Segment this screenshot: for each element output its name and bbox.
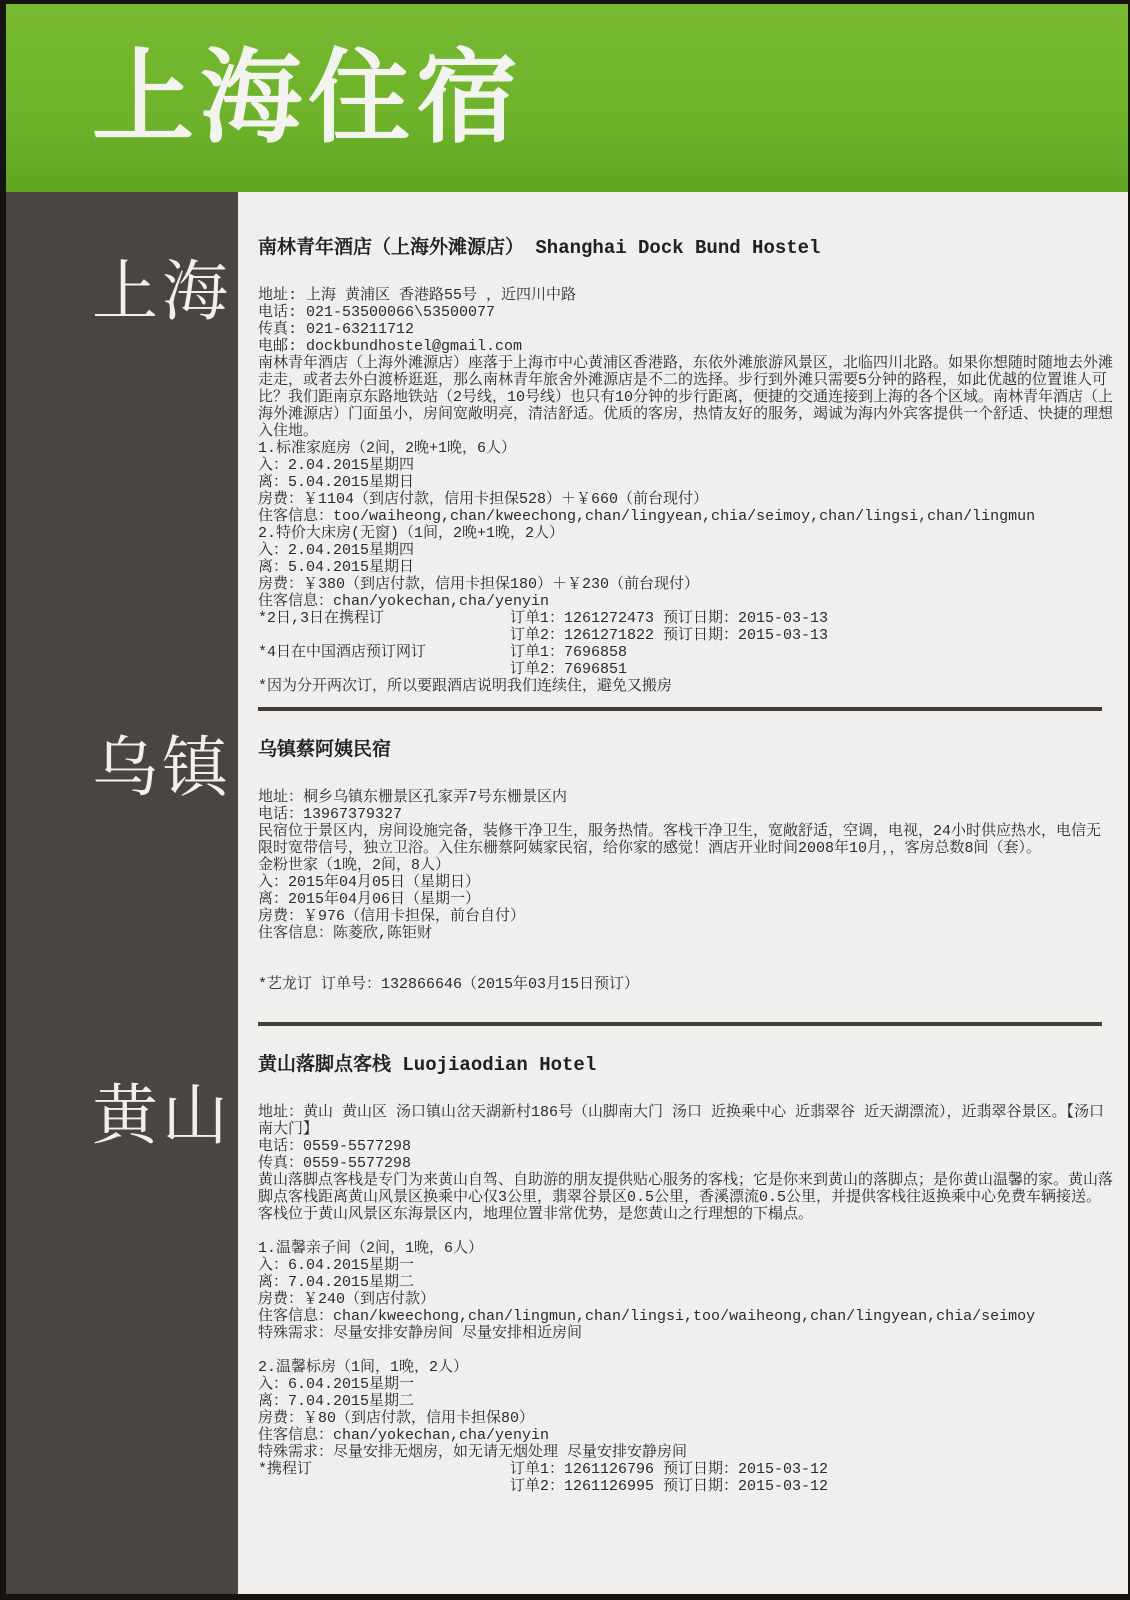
info-line: 入：6.04.2015星期一 [258, 1376, 1114, 1393]
info-line: 金粉世家（1晚，2间，8人） [258, 857, 1114, 874]
sidebar-item-huangshan: 黄山 [92, 1082, 232, 1148]
booking-orders: 订单1：1261126796 预订日期：2015-03-12订单2：126112… [510, 1461, 1114, 1495]
description-paragraph: 黄山落脚点客栈是专门为来黄山自驾、自助游的朋友提供贴心服务的客栈；它是你来到黄山… [258, 1172, 1114, 1223]
info-line: 住客信息：chan/yokechan,cha/yenyin [258, 1427, 1114, 1444]
page-title: 上海住宿 [92, 18, 524, 178]
hotel-section: 乌镇蔡阿姨民宿地址：桐乡乌镇东栅景区孔家弄7号东栅景区内电话：139673793… [258, 738, 1114, 1010]
sidebar-item-wuzhen: 乌镇 [92, 734, 232, 800]
booking-row: *携程订订单1：1261126796 预订日期：2015-03-12订单2：12… [258, 1461, 1114, 1495]
spacer [258, 1223, 1114, 1240]
sections: 南林青年酒店（上海外滩源店） Shanghai Dock Bund Hostel… [258, 236, 1114, 1495]
info-line: 电邮: dockbundhostel@gmail.com [258, 338, 1114, 355]
booking-row: *2日,3日在携程订订单1：1261272473 预订日期：2015-03-13… [258, 610, 1114, 644]
booking-channel-label: *2日,3日在携程订 [258, 610, 510, 644]
info-line: 离：7.04.2015星期二 [258, 1393, 1114, 1410]
booking-channel-label: *4日在中国酒店预订网订 [258, 644, 510, 678]
info-line: 离：5.04.2015星期日 [258, 559, 1114, 576]
info-line: 住客信息：chan/yokechan,cha/yenyin [258, 593, 1114, 610]
info-line: 离：2015年04月06日（星期一） [258, 891, 1114, 908]
info-line: 房费：￥240（到店付款） [258, 1291, 1114, 1308]
section-title: 南林青年酒店（上海外滩源店） Shanghai Dock Bund Hostel [258, 236, 1114, 260]
booking-channel-label: *携程订 [258, 1461, 510, 1495]
info-line: 地址：桐乡乌镇东栅景区孔家弄7号东栅景区内 [258, 789, 1114, 806]
content-area: 南林青年酒店（上海外滩源店） Shanghai Dock Bund Hostel… [238, 192, 1128, 1594]
booking-row: *4日在中国酒店预订网订订单1：7696858订单2：7696851 [258, 644, 1114, 678]
travel-accommodation-page: 上海住宿 上海 乌镇 黄山 南林青年酒店（上海外滩源店） Shanghai Do… [0, 0, 1130, 1600]
section-title: 黄山落脚点客栈 Luojiaodian Hotel [258, 1053, 1114, 1077]
order-line: 订单2：1261126995 预订日期：2015-03-12 [510, 1478, 1114, 1495]
info-line: 电话：13967379327 [258, 806, 1114, 823]
order-line: 订单1：7696858 [510, 644, 1114, 661]
order-line: 订单2：7696851 [510, 661, 1114, 678]
info-line: 住客信息：chan/kweechong,chan/lingmun,chan/li… [258, 1308, 1114, 1325]
info-line: 特殊需求：尽量安排安静房间 尽量安排相近房间 [258, 1325, 1114, 1342]
description-paragraph: 地址：黄山 黄山区 汤口镇山岔天湖新村186号（山脚南大门 汤口 近换乘中心 近… [258, 1104, 1114, 1138]
info-line: 传真：0559-5577298 [258, 1155, 1114, 1172]
info-line: 电话：0559-5577298 [258, 1138, 1114, 1155]
info-line: 离：7.04.2015星期二 [258, 1274, 1114, 1291]
info-line: 离：5.04.2015星期日 [258, 474, 1114, 491]
sidebar-item-shanghai: 上海 [92, 258, 232, 324]
order-line: 订单1：1261126796 预订日期：2015-03-12 [510, 1461, 1114, 1478]
hotel-section: 南林青年酒店（上海外滩源店） Shanghai Dock Bund Hostel… [258, 236, 1114, 695]
info-line: 2.特价大床房(无窗)（1间，2晚+1晚，2人） [258, 525, 1114, 542]
description-paragraph: 南林青年酒店（上海外滩源店）座落于上海市中心黄浦区香港路，东依外滩旅游风景区，北… [258, 355, 1114, 440]
info-line: *艺龙订 订单号：132866646（2015年03月15日预订） [258, 976, 1114, 993]
info-line: 2.温馨标房（1间，1晚，2人） [258, 1359, 1114, 1376]
city-sidebar: 上海 乌镇 黄山 [6, 192, 238, 1594]
info-line: 特殊需求：尽量安排无烟房，如无请无烟处理 尽量安排安静房间 [258, 1444, 1114, 1461]
info-line: 地址: 上海 黄浦区 香港路55号 ，近四川中路 [258, 287, 1114, 304]
spacer [258, 1342, 1114, 1359]
description-paragraph: 民宿位于景区内，房间设施完备，装修干净卫生，服务热情。客栈干净卫生，宽敞舒适，空… [258, 823, 1114, 857]
booking-orders: 订单1：1261272473 预订日期：2015-03-13订单2：126127… [510, 610, 1114, 644]
info-line: 住客信息：陈菱欣,陈钜财 [258, 925, 1114, 942]
section-divider [258, 1022, 1102, 1026]
section-divider [258, 707, 1102, 711]
info-line: *因为分开两次订，所以要跟酒店说明我们连续住，避免又搬房 [258, 678, 1114, 695]
page-banner: 上海住宿 [6, 4, 1128, 192]
spacer [258, 942, 1114, 959]
info-line: 入：6.04.2015星期一 [258, 1257, 1114, 1274]
info-line: 电话: 021-53500066\53500077 [258, 304, 1114, 321]
info-line: 入：2015年04月05日（星期日） [258, 874, 1114, 891]
section-title: 乌镇蔡阿姨民宿 [258, 738, 1114, 762]
info-line: 房费：￥1104（到店付款，信用卡担保528）＋￥660（前台现付） [258, 491, 1114, 508]
info-line: 房费：￥80（到店付款，信用卡担保80） [258, 1410, 1114, 1427]
info-line: 入：2.04.2015星期四 [258, 542, 1114, 559]
spacer [258, 993, 1114, 1010]
hotel-section: 黄山落脚点客栈 Luojiaodian Hotel地址：黄山 黄山区 汤口镇山岔… [258, 1053, 1114, 1495]
info-line: 1.温馨亲子间（2间，1晚，6人） [258, 1240, 1114, 1257]
info-line: 房费：￥380（到店付款，信用卡担保180）＋￥230（前台现付） [258, 576, 1114, 593]
info-line: 1.标准家庭房（2间，2晚+1晚，6人） [258, 440, 1114, 457]
spacer [258, 959, 1114, 976]
info-line: 入：2.04.2015星期四 [258, 457, 1114, 474]
booking-orders: 订单1：7696858订单2：7696851 [510, 644, 1114, 678]
info-line: 房费：￥976（信用卡担保，前台自付） [258, 908, 1114, 925]
order-line: 订单1：1261272473 预订日期：2015-03-13 [510, 610, 1114, 627]
info-line: 传真: 021-63211712 [258, 321, 1114, 338]
order-line: 订单2：1261271822 预订日期：2015-03-13 [510, 627, 1114, 644]
info-line: 住客信息：too/waiheong,chan/kweechong,chan/li… [258, 508, 1114, 525]
